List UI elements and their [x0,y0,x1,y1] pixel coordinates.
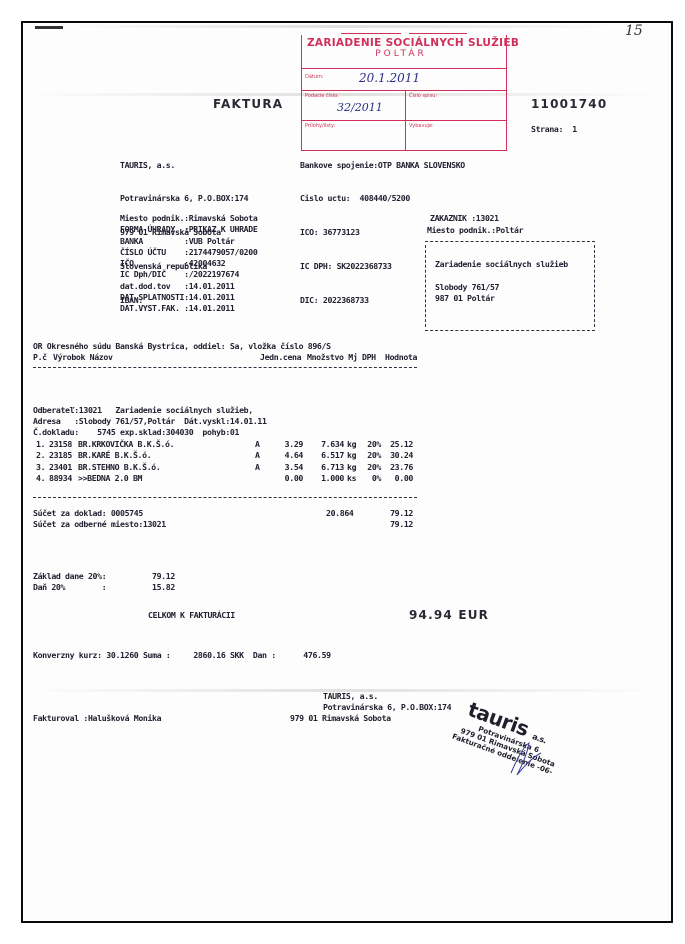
vat-label: Daň 20% : [33,582,106,593]
invoice-detail-row: BANKA :VUB Poltár [120,236,257,247]
invoice-detail-value: 14.01.2011 [189,281,235,291]
customer-place: Miesto podnik.:Poltár [427,225,523,236]
invoice-details: Miesto podnik.:Rimavská SobotaFORMA ÚHRA… [120,213,257,315]
invoice-detail-label: DAT.VYST.FAK. [120,303,184,313]
address-line: Adresa :Slobody 761/57,Poltár Dát.vyskl:… [33,416,267,427]
item-value: 30.24 [371,450,413,461]
item-no: 4. [36,473,45,484]
invoice-detail-value: 14.01.2011 [189,292,235,302]
invoice-detail-row: DAT.VYST.FAK. :14.01.2011 [120,303,257,314]
stamp-title: ZARIADENIE SOCIÁLNYCH SLUŽIEB [307,37,519,49]
item-code: 23158 [49,439,72,450]
supplier-line: Potravinárska 6, P.O.BOX:174 [120,193,248,204]
doc-total-value: 79.12 [371,508,413,519]
item-no: 3. [36,462,45,473]
total-value: 94.94 EUR [409,608,489,622]
handwritten-page-mark: 15 [625,23,643,39]
invoice-detail-value: /2022197674 [189,269,239,279]
vat-value: 15.82 [152,582,175,593]
recipient-line: Odberateľ:13021 Zariadenie sociálnych sl… [33,405,253,416]
scanned-invoice-page: 15 ZARIADENIE SOCIÁLNYCH SLUŽIEB POLTÁR … [21,21,673,923]
invoice-detail-label: Miesto podnik. [120,213,184,223]
invoice-detail-label: BANKA [120,236,184,246]
conversion-sum-value: 2860.16 SKK [193,650,243,660]
item-no: 1. [36,439,45,450]
register-note: OR Okresného súdu Banská Bystrica, oddie… [33,341,331,352]
invoice-detail-value: 14.01.2011 [189,303,235,313]
footer-company-line: 979 01 Rimavská Sobota [290,713,391,724]
item-quantity: 7.634 [312,439,344,450]
invoice-detail-row: FORMA ÚHRADY :PRIKAZ K UHRADE [120,224,257,235]
item-unit: kg [347,439,356,450]
stamp-reg-number-label: Podacie číslo: [305,93,339,99]
header-unit-price: Jedn.cena [260,352,301,363]
invoice-detail-value: 2174479057/0200 [189,247,258,257]
conversion-tax-label: Dan : [253,650,276,660]
item-unit-price: 0.00 [275,473,303,484]
supplier-line: TAURIS, a.s. [120,160,248,171]
conversion-tax-value: 476.59 [303,650,330,660]
item-unit: kg [347,462,356,473]
item-code: 88934 [49,473,72,484]
total-label: CELKOM K FAKTURÁCII [148,610,235,621]
item-no: 2. [36,450,45,461]
stamp-date-label: Dátum: [305,74,324,80]
item-name: BR.KARÉ B.K.Š.ó. [78,450,151,461]
footer-company-line: TAURIS, a.s. [323,691,378,702]
customer-box-bottom [425,330,595,331]
invoice-detail-label: ČÍSLO ÚČTU [120,247,184,257]
item-name: >>BEDNA 2.0 BM [78,473,142,484]
doc-total-quantity: 20.864 [326,508,353,519]
header-value: Hodnota [385,352,417,363]
item-code: 23401 [49,462,72,473]
customer-street: Slobody 761/57 [435,282,499,293]
item-value: 0.00 [371,473,413,484]
invoice-detail-label: FORMA ÚHRADY [120,224,184,234]
invoice-detail-value: Rimavská Sobota [189,213,258,223]
signature-icon [507,739,547,779]
header-product: Výrobok Názov [53,352,113,363]
invoice-detail-row: dat.dod.tov :14.01.2011 [120,281,257,292]
stamp-file-number-label: Číslo spisu: [409,93,437,99]
conversion-sum-label: Suma : [143,650,170,660]
item-flag: A [255,462,260,473]
invoice-detail-value: VUB Poltár [189,236,235,246]
bank-line: Bankove spojenie:OTP BANKA SLOVENSKO [300,160,465,171]
item-unit-price: 4.64 [275,450,303,461]
invoice-detail-label: dat.dod.tov [120,281,184,291]
stamp-subtitle: POLTÁR [301,49,501,59]
stamp-attachments-label: Prílohy/listy: [305,123,335,129]
invoice-detail-label: IČO [120,258,184,268]
header-divider [33,367,417,368]
stamp-date-value: 20.1.2011 [359,71,420,85]
item-quantity: 6.713 [312,462,344,473]
item-unit: kg [347,450,356,461]
conversion-line: Konverzny kurz: 30.1260 Suma : 2860.16 S… [33,650,331,661]
conversion-label: Konverzny kurz: [33,650,102,660]
customer-city: 987 01 Poltár [435,293,495,304]
doc-total-label: Súčet za doklad: 0005745 [33,508,143,519]
item-name: BR.KRKOVIČKA B.K.Š.ó. [78,439,174,450]
item-flag: A [255,450,260,461]
header-quantity-text: Množstvo [307,352,344,362]
invoice-number: 11001740 [531,97,607,111]
footer-company-line: Potravinárska 6, P.O.BOX:174 [323,702,451,713]
invoice-detail-label: IC Dph/DIČ [120,269,184,279]
document-title: FAKTURA [213,97,283,111]
customer-id: ZAKAZNIK :13021 [430,213,499,224]
issued-by: Fakturoval :Halušková Monika [33,713,161,724]
invoice-detail-label: DAT.SPLATNOSTI [120,292,184,302]
item-value: 25.12 [371,439,413,450]
header-quantity: Množstvo Mj DPH [307,352,376,363]
stamp-handled-by-label: Vybavuje: [409,123,434,129]
item-unit: ks [347,473,356,484]
page-number: 1 [572,124,577,134]
item-quantity: 6.517 [312,450,344,461]
customer-name: Zariadenie sociálnych služieb [435,259,568,270]
item-name: BR.STEHNO B.K.Š.ó. [78,462,160,473]
item-unit-price: 3.54 [275,462,303,473]
item-flag: A [255,439,260,450]
invoice-detail-row: IČO :42004632 [120,258,257,269]
page-label-text: Strana: [531,124,563,134]
customer-box-top [425,241,595,242]
tax-base-label: Základ dane 20%: [33,571,106,582]
invoice-detail-row: Miesto podnik.:Rimavská Sobota [120,213,257,224]
customer-box: Zariadenie sociálnych služieb Slobody 76… [425,245,595,327]
header-position: P.č [33,352,47,363]
items-divider [33,497,417,498]
scan-artifact [63,25,623,28]
stamp-reg-number-value: 32/2011 [337,101,383,114]
page-label: Strana: 1 [531,124,577,135]
header-vat: DPH [362,352,376,362]
invoice-detail-row: IC Dph/DIČ :/2022197674 [120,269,257,280]
bank-line: Cislo uctu: 408440/5200 [300,193,465,204]
conversion-rate: 30.1260 [106,650,138,660]
invoice-detail-row: DAT.SPLATNOSTI:14.01.2011 [120,292,257,303]
item-unit-price: 3.29 [275,439,303,450]
header-unit: Mj [348,352,357,362]
doc-line: Č.dokladu: 5745 exp.sklad:304030 pohyb:0… [33,427,239,438]
item-quantity: 1.000 [312,473,344,484]
invoice-detail-value: 42004632 [189,258,226,268]
scan-mark [35,26,63,29]
item-code: 23185 [49,450,72,461]
place-total-label: Súčet za odberné miesto:13021 [33,519,166,530]
item-value: 23.76 [371,462,413,473]
invoice-detail-row: ČÍSLO ÚČTU :2174479057/0200 [120,247,257,258]
tax-base-value: 79.12 [152,571,175,582]
invoice-detail-value: PRIKAZ K UHRADE [189,224,258,234]
place-total-value: 79.12 [371,519,413,530]
